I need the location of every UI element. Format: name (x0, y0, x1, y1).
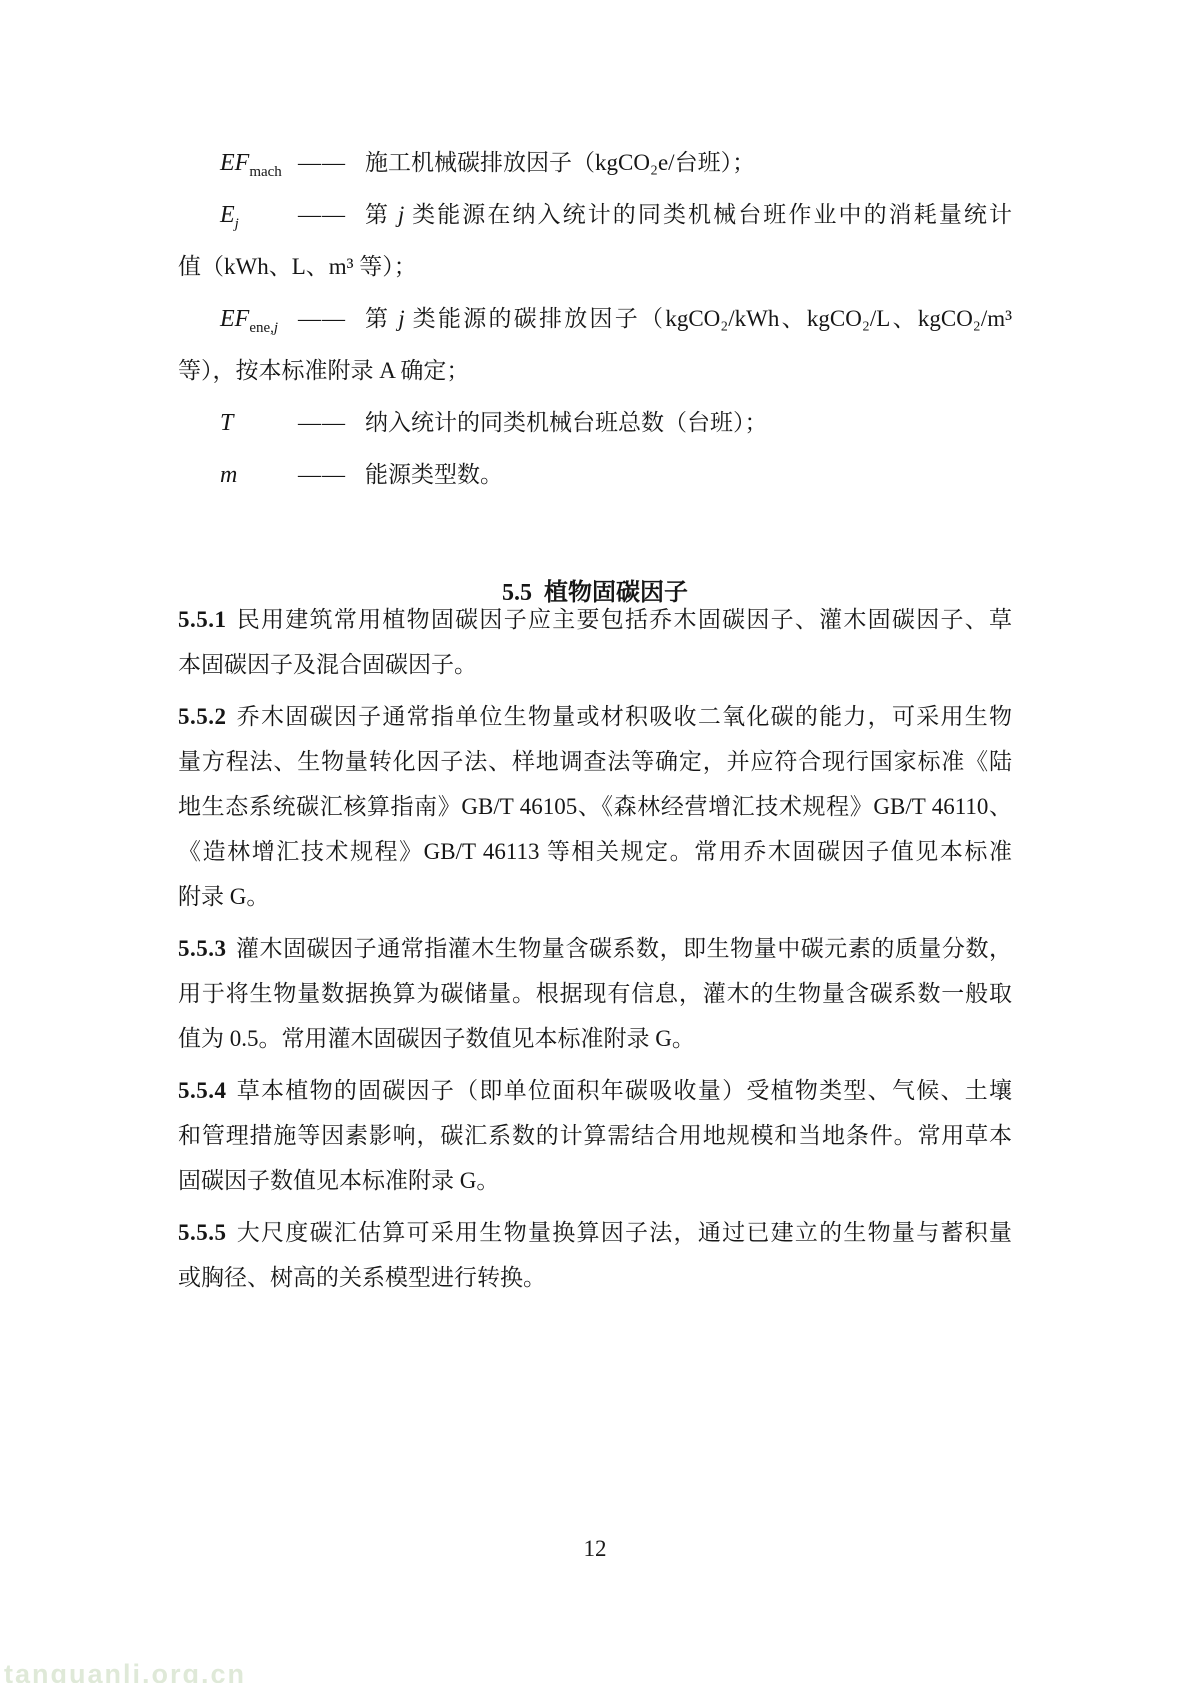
clause-line: 5.5.1民用建筑常用植物固碳因子应主要包括乔木固碳因子、灌木固碳因子、草 (178, 597, 1012, 642)
definition-line-ej: Ej —— 第 j 类能源在纳入统计的同类机械台班作业中的消耗量统计 (178, 189, 1012, 241)
definition-line-efmach: EFmach —— 施工机械碳排放因子（kgCO₂e/台班）； (178, 137, 1012, 189)
symbol-term: T (220, 397, 233, 449)
clause-line: 5.5.3灌木固碳因子通常指灌木生物量含碳系数，即生物量中碳元素的质量分数， (178, 926, 1012, 971)
symbol-description: 施工机械碳排放因子（kgCO₂e/台班）； (365, 137, 1012, 189)
clause-text: 本固碳因子及混合固碳因子。 (178, 652, 477, 677)
definition-dash: —— (298, 449, 346, 501)
clause-paragraphs: 5.5.1民用建筑常用植物固碳因子应主要包括乔木固碳因子、灌木固碳因子、草 本固… (178, 597, 1012, 1300)
clause-text: 灌木固碳因子通常指灌木生物量含碳系数，即生物量中碳元素的质量分数， (236, 936, 1013, 961)
definition-line-efene: EFene,j —— 第 j 类能源的碳排放因子（kgCO₂/kWh、kgCO₂… (178, 293, 1012, 345)
symbol-description: 第 j 类能源在纳入统计的同类机械台班作业中的消耗量统计 (365, 189, 1012, 241)
clause-line: 固碳因子数值见本标准附录 G。 (178, 1158, 1012, 1203)
clause-text: 大尺度碳汇估算可采用生物量换算因子法，通过已建立的生物量与蓄积量 (236, 1220, 1013, 1245)
definition-dash: —— (298, 189, 346, 241)
clause-text: 和管理措施等因素影响，碳汇系数的计算需结合用地规模和当地条件。常用草本 (178, 1123, 1012, 1148)
clause-line: 5.5.4草本植物的固碳因子（即单位面积年碳吸收量）受植物类型、气候、土壤 (178, 1068, 1012, 1113)
symbol-main: E (220, 202, 235, 228)
symbol-term: m (220, 449, 237, 501)
clause-text: 固碳因子数值见本标准附录 G。 (178, 1168, 499, 1193)
clause-line: 或胸径、树高的关系模型进行转换。 (178, 1255, 1012, 1300)
clause-number: 5.5.4 (178, 1078, 227, 1103)
clause-line: 用于将生物量数据换算为碳储量。根据现有信息，灌木的生物量含碳系数一般取 (178, 971, 1012, 1016)
definition-dash: —— (298, 293, 346, 345)
definition-dash: —— (298, 397, 346, 449)
page-number: 12 (0, 1536, 1190, 1562)
definition-line-m: m —— 能源类型数。 (178, 449, 1012, 501)
description-text: 第 (365, 306, 398, 331)
clause-number: 5.5.2 (178, 704, 227, 729)
clause-number: 5.5.3 (178, 936, 227, 961)
symbol-description: 等），按本标准附录 A 确定； (178, 345, 1012, 397)
clause-text: 民用建筑常用植物固碳因子应主要包括乔木固碳因子、灌木固碳因子、草 (236, 607, 1013, 632)
symbol-main: EF (220, 306, 249, 332)
description-text: 类能源在纳入统计的同类机械台班作业中的消耗量统计 (404, 202, 1012, 227)
clause-line: 本固碳因子及混合固碳因子。 (178, 642, 1012, 687)
symbol-description: 第 j 类能源的碳排放因子（kgCO₂/kWh、kgCO₂/L、kgCO₂/m³ (365, 293, 1012, 345)
clause-text: 地生态系统碳汇核算指南》GB/T 46105、《森林经营增汇技术规程》GB/T … (178, 794, 1012, 819)
clause-line: 值为 0.5。常用灌木固碳因子数值见本标准附录 G。 (178, 1016, 1012, 1061)
document-page: EFmach —— 施工机械碳排放因子（kgCO₂e/台班）； Ej —— 第 … (0, 0, 1190, 1683)
symbol-subscript: ene,j (249, 320, 278, 336)
clause-line: 量方程法、生物量转化因子法、样地调查法等确定，并应符合现行国家标准《陆 (178, 739, 1012, 784)
clause-text: 用于将生物量数据换算为碳储量。根据现有信息，灌木的生物量含碳系数一般取 (178, 981, 1012, 1006)
clause-text: 草本植物的固碳因子（即单位面积年碳吸收量）受植物类型、气候、土壤 (236, 1078, 1013, 1103)
watermark: tanguanli.org.cn (4, 1659, 246, 1683)
clause-line: 5.5.2乔木固碳因子通常指单位生物量或材积吸收二氧化碳的能力，可采用生物 (178, 694, 1012, 739)
clause-text: 附录 G。 (178, 884, 269, 909)
description-text: 第 (365, 202, 398, 227)
clause-line: 地生态系统碳汇核算指南》GB/T 46105、《森林经营增汇技术规程》GB/T … (178, 784, 1012, 829)
clause-line: 5.5.5大尺度碳汇估算可采用生物量换算因子法，通过已建立的生物量与蓄积量 (178, 1210, 1012, 1255)
clause-text: 乔木固碳因子通常指单位生物量或材积吸收二氧化碳的能力，可采用生物 (236, 704, 1013, 729)
symbol-definitions: EFmach —— 施工机械碳排放因子（kgCO₂e/台班）； Ej —— 第 … (178, 137, 1012, 501)
definition-dash: —— (298, 137, 346, 189)
clause-text: 《造林增汇技术规程》GB/T 46113 等相关规定。常用乔木固碳因子值见本标准 (178, 839, 1012, 864)
symbol-description: 纳入统计的同类机械台班总数（台班）； (365, 397, 1012, 449)
description-text: 类能源的碳排放因子（kgCO₂/kWh、kgCO₂/L、kgCO₂/m³ (405, 306, 1012, 331)
clause-line: 附录 G。 (178, 874, 1012, 919)
clause-number: 5.5.5 (178, 1220, 227, 1245)
symbol-description: 值（kWh、L、m³ 等）； (178, 241, 1012, 293)
symbol-subscript: j (235, 216, 239, 232)
definition-continuation-line: 等），按本标准附录 A 确定； (178, 345, 1012, 397)
symbol-subscript: mach (249, 164, 281, 180)
clause-text: 或胸径、树高的关系模型进行转换。 (178, 1265, 546, 1290)
clause-text: 量方程法、生物量转化因子法、样地调查法等确定，并应符合现行国家标准《陆 (178, 749, 1012, 774)
symbol-main: T (220, 410, 233, 436)
definition-continuation-line: 值（kWh、L、m³ 等）； (178, 241, 1012, 293)
definition-line-t: T —— 纳入统计的同类机械台班总数（台班）； (178, 397, 1012, 449)
symbol-main: m (220, 462, 237, 488)
clause-line: 《造林增汇技术规程》GB/T 46113 等相关规定。常用乔木固碳因子值见本标准 (178, 829, 1012, 874)
symbol-description: 能源类型数。 (365, 449, 1012, 501)
symbol-main: EF (220, 150, 249, 176)
clause-text: 值为 0.5。常用灌木固碳因子数值见本标准附录 G。 (178, 1026, 695, 1051)
clause-number: 5.5.1 (178, 607, 227, 632)
clause-line: 和管理措施等因素影响，碳汇系数的计算需结合用地规模和当地条件。常用草本 (178, 1113, 1012, 1158)
